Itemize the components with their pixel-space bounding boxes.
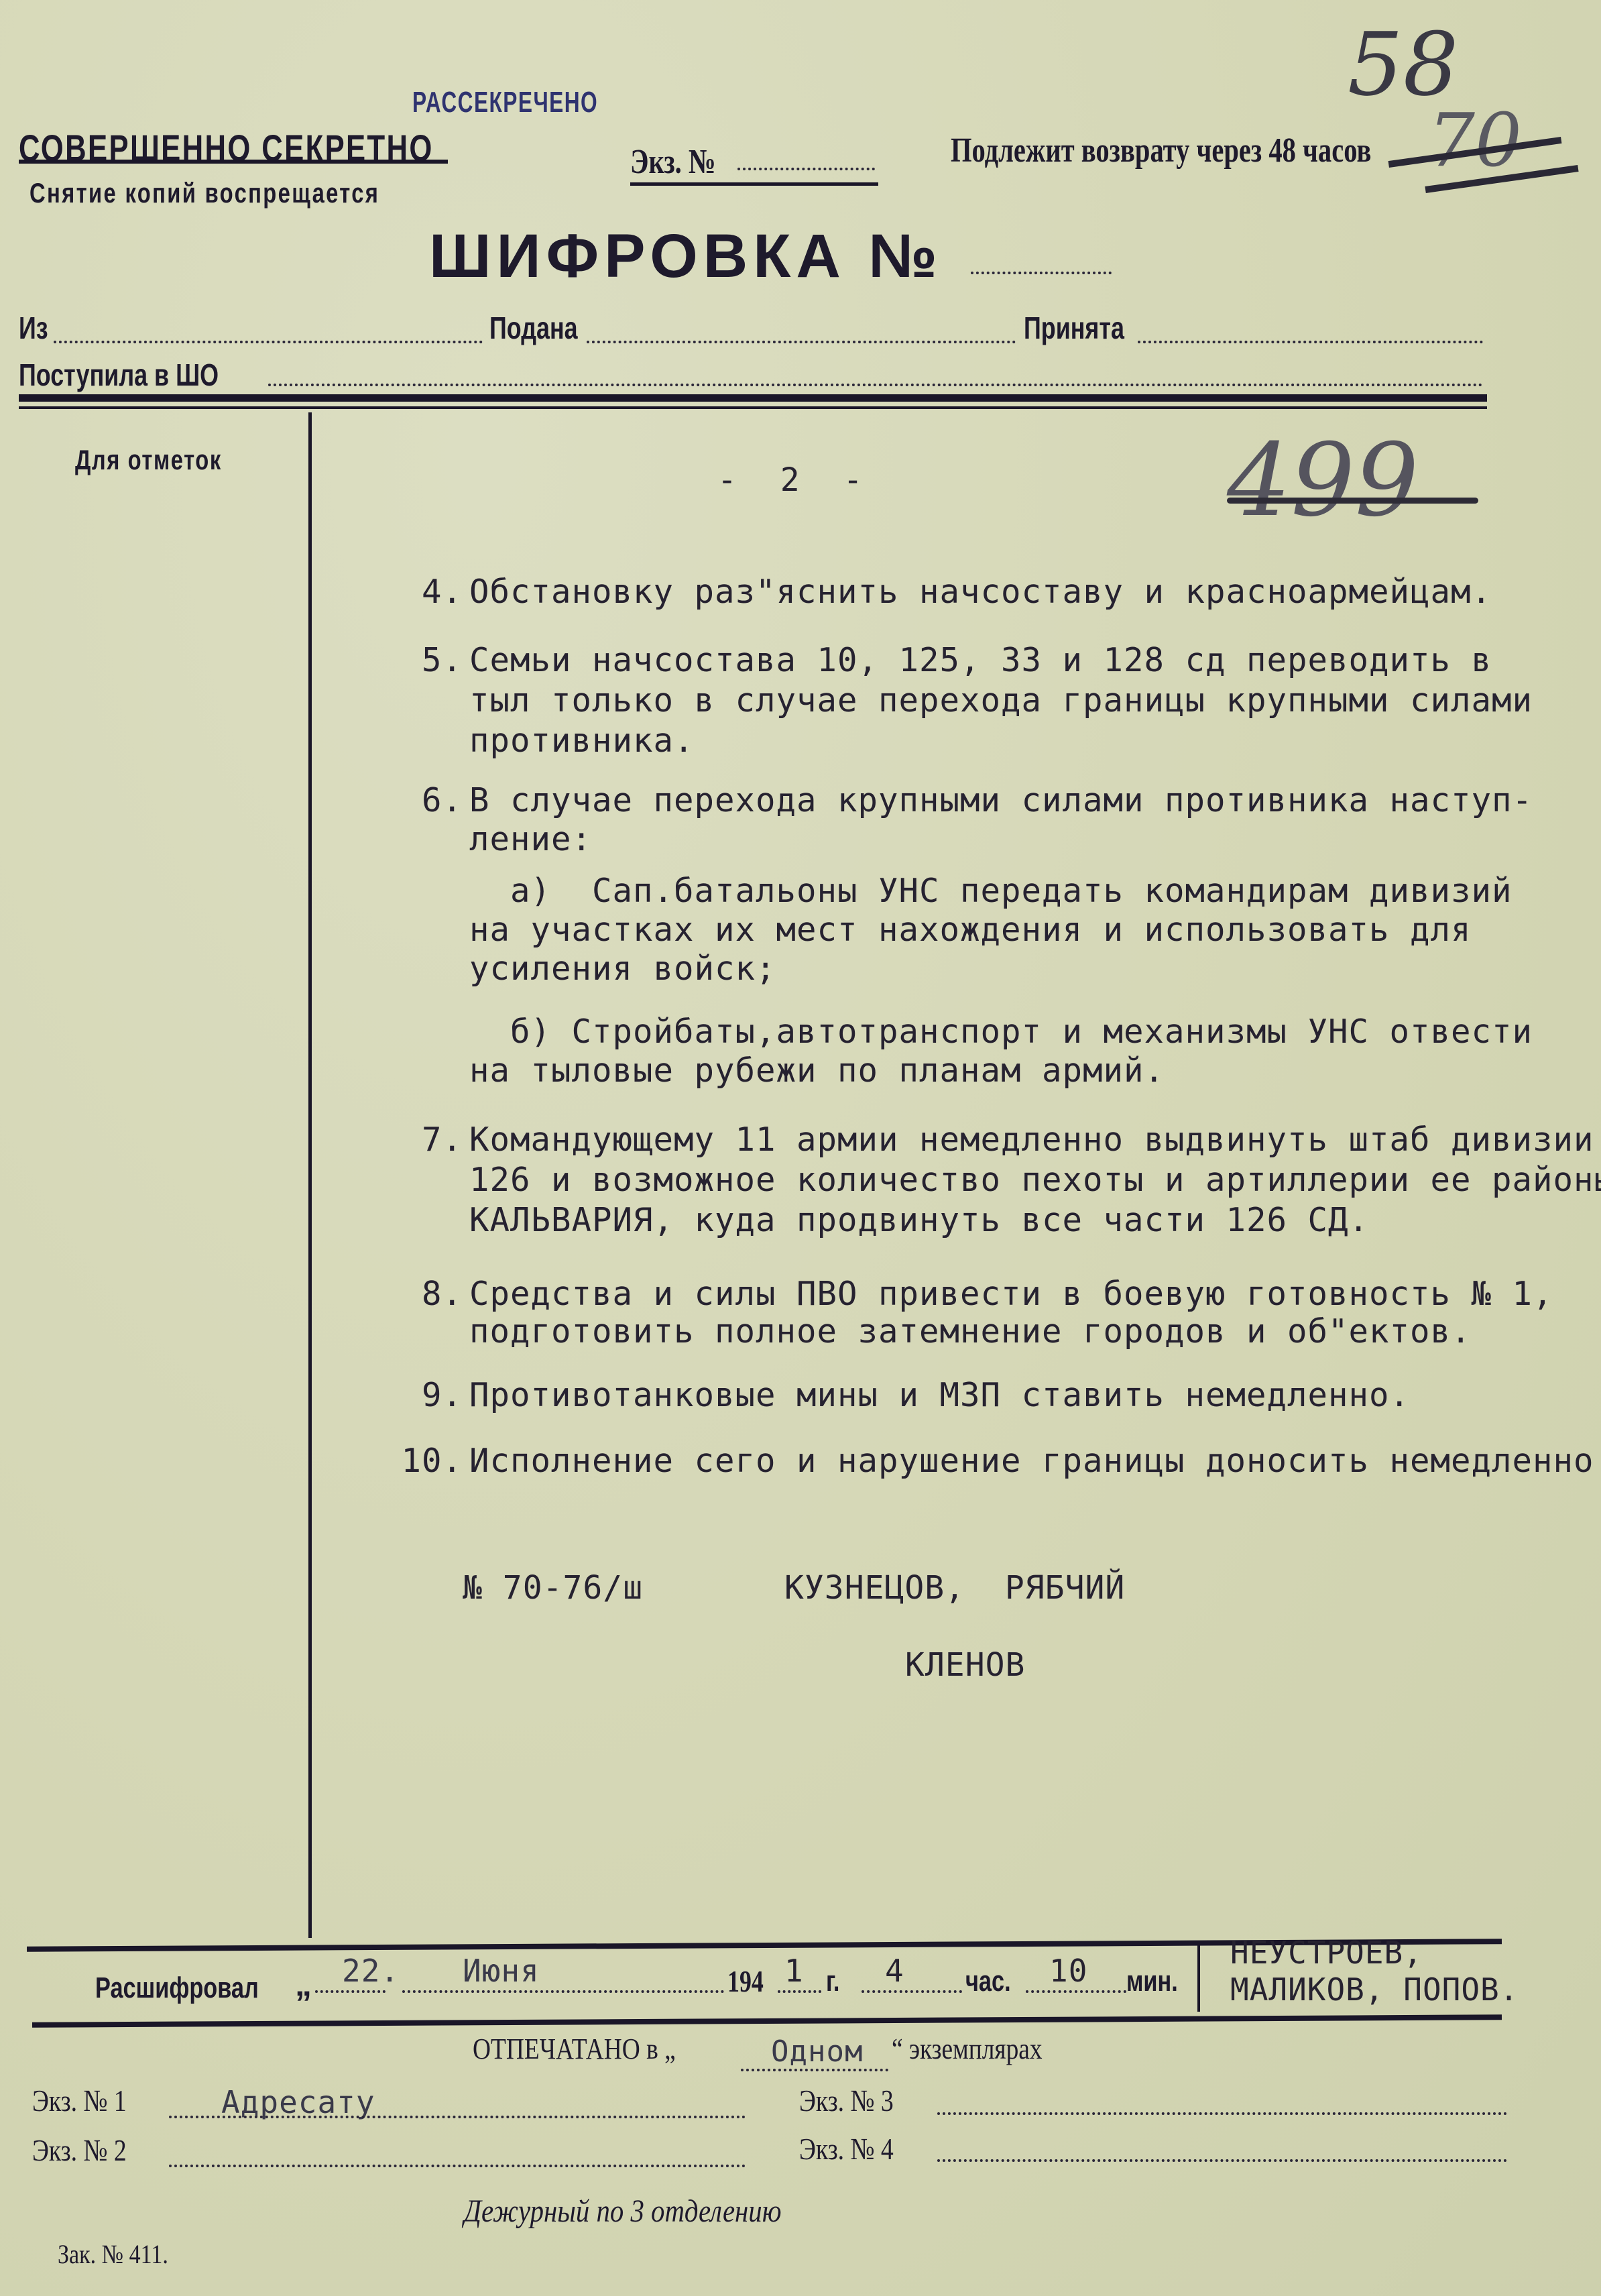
printed-count: Одном [771,2034,863,2069]
printed-suffix: “ экземплярах [892,2032,1043,2066]
year-suffix-field[interactable] [778,1990,821,1993]
paragraph-line: Противотанковые мины и МЗП ставить немед… [469,1375,1410,1416]
page-marker: - 2 - [717,461,875,499]
from-label: Из [19,310,48,346]
copy-4-label: Экз. № 4 [799,2131,894,2167]
paragraph-line: Командующему 11 армии немедленно выдвину… [469,1120,1601,1160]
copy-number-label: Экз. № [630,142,716,182]
paragraph-line: Средства и силы ПВО привести в боевую го… [469,1275,1553,1313]
paragraph-line: на тыловые рубежи по планам армий. [469,1051,1533,1090]
paragraph-number: 8. [375,1275,463,1313]
paragraph-line: усиления войск; [469,950,1513,988]
copy-number-underline [630,182,878,186]
duty-officer: Дежурный по 3 отделению [464,2193,781,2230]
declassified-stamp: РАССЕКРЕЧЕНО [412,86,598,119]
paragraph-line: тыл только в случае перехода границы кру… [469,681,1533,721]
year-label: г. [826,1965,839,1998]
copy-number-field[interactable] [737,168,875,170]
open-quote: „ [295,1965,312,2004]
submitted-field[interactable] [587,341,1016,343]
handwritten-number: 499 [1227,422,1419,539]
paragraph-line: В случае перехода крупными силами против… [469,781,1533,820]
cipher-number-field[interactable] [971,272,1112,274]
paragraph-line: подготовить полное затемнение городов и … [469,1313,1553,1351]
hour-label: час. [965,1965,1011,1998]
copy-4-field[interactable] [937,2159,1507,2162]
paragraph-line: 126 и возможное количество пехоты и арти… [469,1160,1601,1200]
decrypt-month-field[interactable] [402,1990,724,1993]
year-suffix: 1 [784,1953,804,1989]
margin-label: Для отметок [75,444,222,476]
decrypt-minute-field[interactable] [1026,1990,1126,1993]
return-notice: Подлежит возврату через 48 часов [951,131,1371,170]
copy-2-label: Экз. № 2 [32,2132,127,2168]
handwritten-crossed-number: 70 [1428,97,1522,183]
copy-1-label: Экз. № 1 [32,2083,127,2118]
header-double-rule-thick [19,394,1487,402]
paragraph-number: 5. [375,640,463,681]
copy-warning: Снятие копий воспрещается [29,177,379,209]
signatories-line-2: КЛЕНОВ [905,1646,1025,1684]
signatories-line-1: КУЗНЕЦОВ, РЯБЧИЙ [784,1569,1125,1607]
decrypt-month: Июня [463,1953,540,1989]
paragraph-line: Исполнение сего и нарушение границы доно… [469,1440,1601,1482]
decrypt-minute: 10 [1049,1953,1087,1989]
paragraph-number: 4. [375,571,463,613]
decrypt-divider [1197,1945,1200,2012]
decrypt-hour-field[interactable] [862,1990,962,1993]
minute-label: мин. [1126,1965,1178,1998]
decrypt-hour: 4 [885,1953,904,1989]
printed-count-field[interactable] [741,2069,888,2071]
copy-1-field[interactable] [169,2116,746,2118]
copy-3-label: Экз. № 3 [799,2083,894,2118]
paragraph-number: 9. [375,1375,463,1416]
from-field[interactable] [54,341,483,343]
copy-3-field[interactable] [937,2112,1507,2115]
reference-number: № 70-76/ш [463,1569,643,1607]
paragraph-number: 7. [375,1120,463,1160]
header-double-rule-thin [19,406,1487,409]
printed-prefix: ОТПЕЧАТАНО в „ [473,2032,676,2066]
decrypt-day: 22. [342,1953,400,1989]
decrypt-day-field[interactable] [315,1990,386,1993]
handwritten-number-strike [1227,498,1478,504]
paragraph-line: Семьи начсостава 10, 125, 33 и 128 сд пе… [469,640,1533,681]
received-label: Принята [1024,310,1124,346]
margin-divider [308,412,312,1938]
arrived-field[interactable] [268,384,1483,386]
classification-underline [19,160,448,164]
paragraph-line: противника. [469,721,1533,761]
paragraph-line: а) Сап.батальоны УНС передать командирам… [469,872,1513,911]
decrypted-by-label: Расшифровал [95,1971,259,2005]
order-number: Зак. № 411. [58,2238,168,2270]
copy-1-value: Адресату [221,2084,375,2120]
decrypt-rule-bottom [32,2014,1502,2027]
paragraph-line: Обстановку раз"яснить начсоставу и красн… [469,571,1492,613]
arrived-label: Поступила в ШО [19,357,219,393]
submitted-label: Подана [489,310,578,346]
paragraph-line: КАЛЬВАРИЯ, куда продвинуть все части 126… [469,1200,1601,1241]
paragraph-number: 6. [375,781,463,820]
year-prefix: 194 [727,1963,764,1999]
paragraph-number: 10. [375,1440,463,1482]
paragraph-line: ление: [469,820,1533,859]
decoders-line-1: НЕУСТРОЕВ, [1230,1935,1423,1971]
paragraph-line: б) Стройбаты,автотранспорт и механизмы У… [469,1013,1533,1051]
document-title: ШИФРОВКА № [429,221,943,292]
received-field[interactable] [1138,341,1483,343]
paragraph-line: на участках их мест нахождения и использ… [469,911,1513,950]
decoders-line-2: МАЛИКОВ, ПОПОВ. [1230,1971,1519,2008]
copy-2-field[interactable] [169,2165,746,2167]
